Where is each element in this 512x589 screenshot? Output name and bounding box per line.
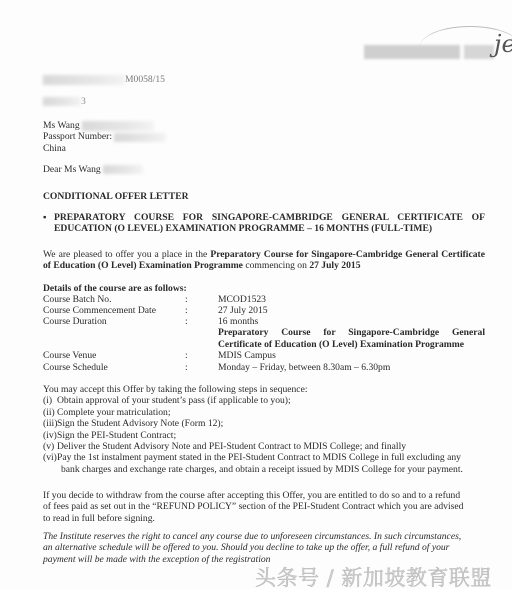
withdraw-line: of fees paid as set out in the “REFUND P… — [43, 501, 463, 512]
step-item: (iv)Sign the PEI-Student Contract; — [43, 430, 463, 441]
passport-label: Passport Number: — [43, 131, 112, 142]
course-heading-line: EDUCATION (O LEVEL) EXAMINATION PROGRAMM… — [43, 223, 485, 234]
institute-note: The Institute reserves the right to canc… — [43, 531, 461, 565]
details-separator: : — [185, 316, 188, 327]
details-row: Course Batch No. : MCOD1523 — [43, 294, 503, 305]
intro-date: 27 July 2015 — [309, 260, 360, 271]
step-item: (iii)Sign the Student Advisory Note (For… — [43, 418, 463, 429]
salutation-text: Dear Ms Wang — [43, 164, 101, 175]
reference-number: M0058/15 — [43, 74, 165, 85]
withdraw-paragraph: If you decide to withdraw from the cours… — [43, 490, 463, 524]
step-text: Sign the PEI-Student Contract; — [57, 430, 176, 441]
details-separator: : — [185, 294, 188, 305]
redacted-logo-text — [464, 45, 494, 59]
course-heading: ▪PREPARATORY COURSE FOR SINGAPORE-CAMBRI… — [43, 212, 485, 235]
redacted-text — [114, 133, 166, 142]
details-label: Course Schedule — [43, 362, 108, 373]
details-course-name: Preparatory Course for Singapore-Cambrid… — [218, 327, 485, 350]
details-row: Course Duration : 16 months — [43, 316, 503, 327]
institute-note-line: The Institute reserves the right to canc… — [43, 531, 461, 542]
steps-intro: You may accept this Offer by taking the … — [43, 384, 463, 395]
redacted-text — [103, 165, 143, 174]
step-text: Complete your matriculation; — [57, 407, 171, 418]
letter-date: 3 — [43, 96, 86, 107]
intro-text: commencing on — [245, 260, 307, 271]
details-value: 27 July 2015 — [218, 305, 268, 316]
logo-script-text: je — [494, 30, 512, 58]
step-item: (i)Obtain approval of your student’s pas… — [43, 395, 463, 406]
redacted-text — [43, 97, 81, 106]
recipient-block: Ms Wang Passport Number: China — [43, 120, 166, 154]
withdraw-line: to read in full before signing. — [43, 513, 463, 524]
details-row: Course Schedule : Monday – Friday, betwe… — [43, 362, 503, 373]
step-text: Obtain approval of your student’s pass (… — [57, 395, 291, 406]
details-value: MCOD1523 — [218, 294, 266, 305]
details-row: Course Venue : MDIS Campus — [43, 350, 503, 361]
step-number: (ii) — [43, 407, 57, 418]
course-heading-line: PREPARATORY COURSE FOR SINGAPORE-CAMBRID… — [54, 212, 485, 223]
details-label: Course Commencement Date — [43, 305, 156, 316]
step-item: (ii)Complete your matriculation; — [43, 407, 463, 418]
intro-text: We are pleased to offer you a place in t… — [43, 249, 207, 260]
details-value: 16 months — [218, 316, 258, 327]
withdraw-line: If you decide to withdraw from the cours… — [43, 490, 463, 501]
details-label: Course Venue — [43, 350, 96, 361]
step-text: Pay the 1st instalment payment stated in… — [57, 452, 461, 463]
details-value: MDIS Campus — [218, 350, 276, 361]
step-text-continued: bank charges and exchange rate charges, … — [43, 464, 463, 475]
acceptance-steps: You may accept this Offer by taking the … — [43, 384, 463, 475]
details-heading: Details of the course are as follows: — [43, 283, 187, 294]
redacted-text — [43, 75, 125, 85]
details-value: Monday – Friday, between 8.30am – 6.30pm — [218, 362, 390, 373]
recipient-name: Ms Wang — [43, 120, 80, 131]
redacted-text — [82, 121, 154, 131]
bullet-icon: ▪ — [43, 212, 54, 223]
details-row: Course Commencement Date : 27 July 2015 — [43, 305, 503, 316]
college-logo: je — [360, 24, 510, 74]
details-separator: : — [185, 362, 188, 373]
letter-date-text: 3 — [81, 96, 86, 107]
letter-title: CONDITIONAL OFFER LETTER — [43, 191, 189, 202]
step-item: (vi)Pay the 1st instalment payment state… — [43, 452, 463, 463]
step-number: (v) — [43, 441, 57, 452]
details-label: Course Batch No. — [43, 294, 111, 305]
intro-paragraph: We are pleased to offer you a place in t… — [43, 249, 485, 272]
recipient-country: China — [43, 143, 166, 154]
institute-note-line: an alternative schedule will be offered … — [43, 542, 461, 553]
offer-letter-page: je M0058/15 3 Ms Wang Passport Number: C… — [0, 0, 512, 589]
step-text: Deliver the Student Advisory Note and PE… — [57, 441, 406, 452]
step-number: (iv) — [43, 430, 57, 441]
details-label: Course Duration — [43, 316, 107, 327]
step-number: (iii) — [43, 418, 57, 429]
watermark: 头条号 / 新加坡教育联盟 — [255, 562, 492, 589]
step-number: (i) — [43, 395, 57, 406]
step-text: Sign the Student Advisory Note (Form 12)… — [57, 418, 223, 429]
details-separator: : — [185, 305, 188, 316]
details-separator: : — [185, 350, 188, 361]
step-item: (v)Deliver the Student Advisory Note and… — [43, 441, 463, 452]
redacted-logo-text — [364, 45, 460, 59]
step-number: (vi) — [43, 452, 57, 463]
reference-number-text: M0058/15 — [125, 74, 165, 85]
salutation: Dear Ms Wang — [43, 164, 143, 175]
